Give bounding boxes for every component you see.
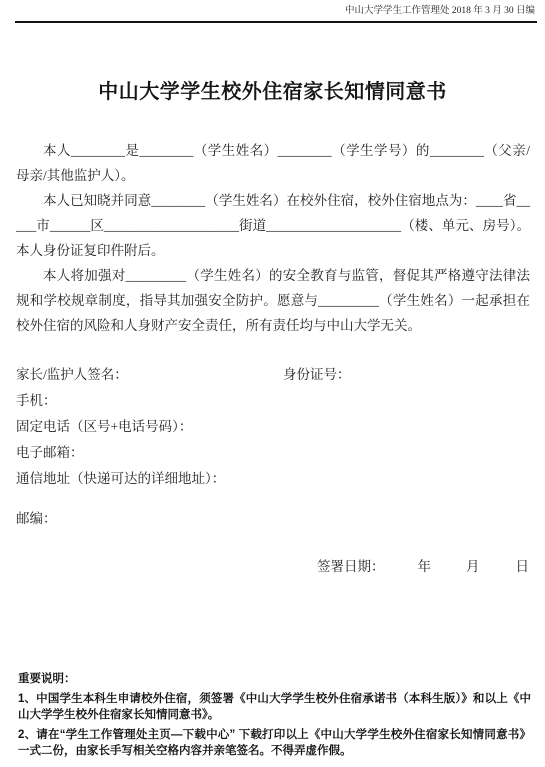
landline-label: 固定电话（区号+电话号码）： <box>16 419 192 434</box>
paragraph-guardian-declaration: 本人________是________（学生姓名）________（学生学号）的… <box>16 138 530 188</box>
email-label: 电子邮箱： <box>16 445 84 460</box>
email-row: 电子邮箱： <box>16 440 530 466</box>
header-rule <box>15 21 537 23</box>
sign-date-label: 签署日期： <box>317 559 385 574</box>
guardian-signature-label: 家长/监护人签名： <box>16 367 128 382</box>
issuer-date-text: 中山大学学生工作管理处 2018 年 3 月 30 日编 <box>345 6 535 16</box>
mobile-label: 手机： <box>16 393 57 408</box>
note-item-2: 2、请在“学生工作管理处主页—下载中心” 下载打印以上《中山大学学生校外住宿家长… <box>18 727 531 759</box>
note-item-1: 1、中国学生本科生申请校外住宿，须签署《中山大学学生校外住宿承诺书（本科生版）》… <box>18 691 531 723</box>
notes-heading: 重要说明： <box>18 671 531 687</box>
important-notes: 重要说明： 1、中国学生本科生申请校外住宿，须签署《中山大学学生校外住宿承诺书（… <box>18 671 531 763</box>
mailing-address-row: 通信地址（快递可达的详细地址）： <box>16 466 530 492</box>
month-label: 月 <box>466 559 480 574</box>
consent-form-document: 中山大学学生工作管理处 2018 年 3 月 30 日编 中山大学学生校外住宿家… <box>0 0 545 767</box>
id-number-label: 身份证号： <box>283 362 351 388</box>
paragraph-consent-address: 本人已知晓并同意________（学生姓名）在校外住宿，校外住宿地点为：____… <box>16 188 530 263</box>
mailing-address-label: 通信地址（快递可达的详细地址）： <box>16 471 225 486</box>
sign-date-row: 签署日期：年月日 <box>16 554 530 580</box>
page-title: 中山大学学生校外住宿家长知情同意书 <box>0 75 545 104</box>
postal-code-row: 邮编： <box>16 506 530 532</box>
paragraph-responsibility: 本人将加强对_________（学生姓名）的安全教育与监管，督促其严格遵守法律法… <box>16 263 530 338</box>
landline-row: 固定电话（区号+电话号码）： <box>16 414 530 440</box>
year-label: 年 <box>418 559 432 574</box>
day-label: 日 <box>516 559 530 574</box>
contact-fields: 家长/监护人签名： 身份证号： 手机： 固定电话（区号+电话号码）： 电子邮箱：… <box>16 362 530 532</box>
document-header: 中山大学学生工作管理处 2018 年 3 月 30 日编 <box>0 0 545 17</box>
mobile-row: 手机： <box>16 388 530 414</box>
postal-code-label: 邮编： <box>16 511 57 526</box>
document-body: 本人________是________（学生姓名）________（学生学号）的… <box>16 138 530 338</box>
signature-id-row: 家长/监护人签名： 身份证号： <box>16 362 530 388</box>
